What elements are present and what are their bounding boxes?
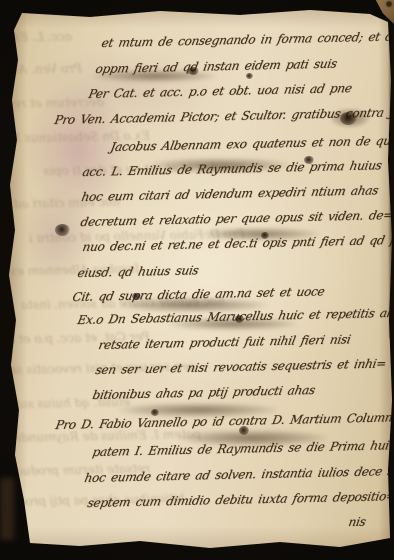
binding-smear [0, 478, 14, 540]
manuscript-line: sen ser uer et nisi revocatis sequestris… [94, 356, 387, 377]
manuscript-line: hoc eum citari ad videndum expediri ntiu… [80, 183, 379, 204]
manuscript-line: patem I. Emilius de Raymundis se die Pri… [91, 438, 394, 459]
manuscript-text: et mtum de consegnando in forma conced; … [0, 0, 394, 560]
ink-blot [132, 293, 141, 300]
manuscript-line: oppm fieri ad qd instan eidem pati suis [94, 57, 338, 76]
manuscript-line: eiusd. qd huius suis [76, 263, 199, 280]
manuscript-page: acc. L. Emilius de Raymundis se die prim… [0, 0, 394, 560]
manuscript-line: decretum et relaxatio per quae opus sit … [79, 208, 394, 229]
manuscript-line: Cit. qd supra dicta die am.na set et uoc… [71, 284, 325, 304]
ink-blot [235, 315, 244, 323]
ink-blot [304, 156, 314, 164]
ink-blot [239, 426, 249, 435]
manuscript-line: et mtum de consegnando in forma conced; … [100, 29, 394, 50]
ink-blot [261, 232, 269, 239]
ink-blot [246, 73, 253, 79]
manuscript-photo: acc. L. Emilius de Raymundis se die prim… [0, 0, 394, 560]
manuscript-line: retsate iterum producti fuit nihil fieri… [97, 332, 351, 352]
manuscript-line: nuo dec.ni et ret.ne et dec.ti opis pnti… [81, 232, 394, 254]
manuscript-line: Pro D. Fabio Vannello po id contra D. Ma… [54, 409, 394, 432]
manuscript-line: acc. L. Emilius de Raymundis se die prim… [81, 158, 383, 179]
corner-mark [386, 1, 392, 7]
ink-blot [55, 224, 70, 236]
ink-blot [151, 409, 159, 416]
page-edge-shadow [388, 8, 394, 338]
manuscript-line: Per Cat. et acc. p.o et obt. uoa nisi ad… [87, 81, 353, 101]
ink-blot [340, 112, 357, 125]
manuscript-line: Jacobus Albennam exo quatenus et non de … [109, 133, 394, 154]
manuscript-line: nis [347, 515, 367, 529]
manuscript-line: septem cum dimidio debitu iuxta forma de… [86, 489, 394, 510]
ink-blot [188, 67, 199, 75]
manuscript-line: bitionibus ahas pa ptij producti ahas [91, 383, 316, 402]
manuscript-line: hoc eumde citare ad solven. instantia iu… [83, 464, 394, 485]
